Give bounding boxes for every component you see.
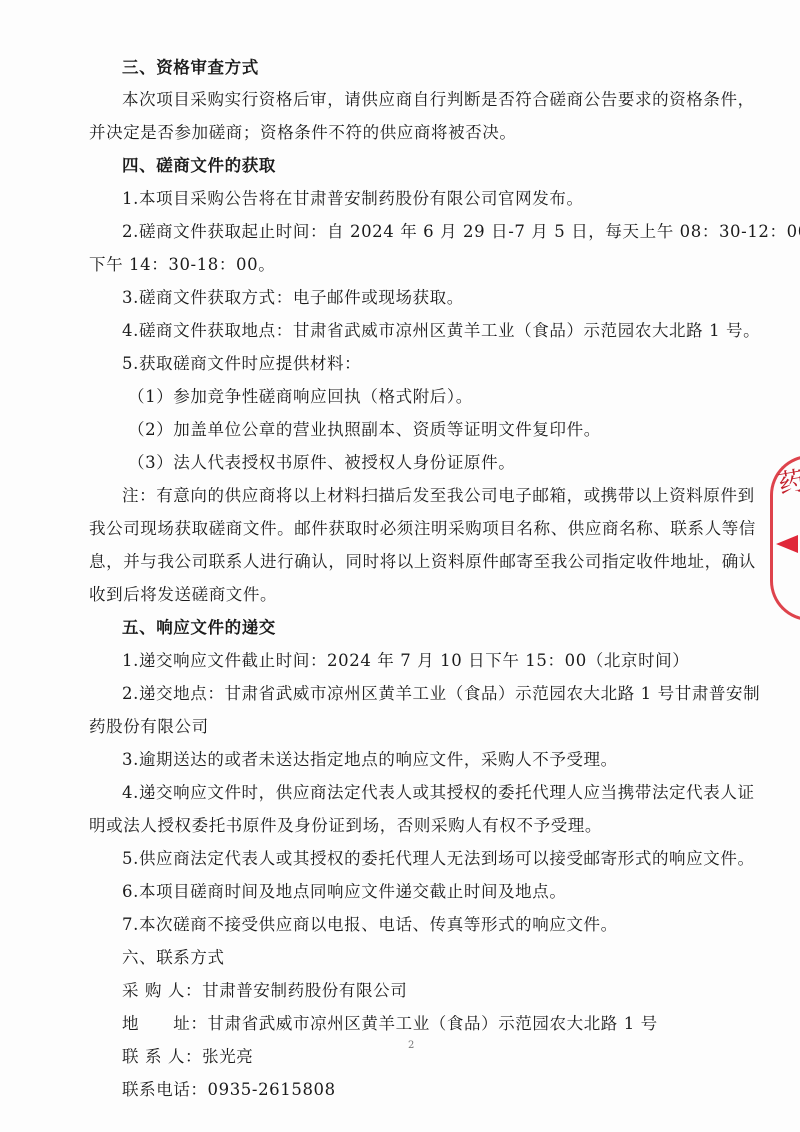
paragraph-line: 2.磋商文件获取起止时间：自 2024 年 6 月 29 日-7 月 5 日，每… bbox=[122, 221, 800, 243]
list-item: （2）加盖单位公章的营业执照副本、资质等证明文件复印件。 bbox=[128, 419, 601, 441]
section-heading-6: 六、联系方式 bbox=[122, 947, 225, 969]
paragraph-line: 3.磋商文件获取方式：电子邮件或现场获取。 bbox=[122, 287, 464, 309]
list-item: （3）法人代表授权书原件、被授权人身份证原件。 bbox=[128, 452, 515, 474]
contact-phone: 联系电话：0935-2615808 bbox=[122, 1079, 336, 1101]
paragraph-line: 3.逾期送达的或者未送达指定地点的响应文件，采购人不予受理。 bbox=[122, 749, 618, 771]
paragraph-line: 并决定是否参加磋商；资格条件不符的供应商将被否决。 bbox=[89, 122, 517, 144]
paragraph-line: 药股份有限公司 bbox=[89, 716, 209, 738]
paragraph-line: 息，并与我公司联系人进行确认，同时将以上资料原件邮寄至我公司指定收件地址，确认 bbox=[89, 551, 756, 573]
note-paragraph: 注：有意向的供应商将以上材料扫描后发至我公司电子邮箱，或携带以上资料原件到 bbox=[122, 485, 755, 507]
contact-address: 地 址：甘肃省武威市凉州区黄羊工业（食品）示范园农大北路 1 号 bbox=[122, 1013, 658, 1035]
paragraph-line: 明或法人授权委托书原件及身份证到场，否则采购人有权不予受理。 bbox=[89, 815, 602, 837]
paragraph-line: 4.磋商文件获取地点：甘肃省武威市凉州区黄羊工业（食品）示范园农大北路 1 号。 bbox=[122, 320, 760, 342]
section-heading-4: 四、磋商文件的获取 bbox=[122, 155, 276, 177]
section-heading-5: 五、响应文件的递交 bbox=[122, 617, 276, 639]
list-item: （1）参加竞争性磋商响应回执（格式附后）。 bbox=[128, 386, 473, 408]
paragraph-line: 2.递交地点：甘肃省武威市凉州区黄羊工业（食品）示范园农大北路 1 号甘肃普安制 bbox=[122, 683, 760, 705]
paragraph-line: 1.递交响应文件截止时间：2024 年 7 月 10 日下午 15：00（北京时… bbox=[122, 650, 689, 672]
section-heading-3: 三、资格审查方式 bbox=[122, 57, 259, 79]
contact-purchaser: 采 购 人：甘肃普安制药股份有限公司 bbox=[122, 980, 407, 1002]
page-number: 2 bbox=[408, 1040, 414, 1051]
seal-star-icon bbox=[776, 535, 798, 553]
paragraph-line: 收到后将发送磋商文件。 bbox=[89, 584, 277, 606]
paragraph-line: 7.本次磋商不接受供应商以电报、电话、传真等形式的响应文件。 bbox=[122, 914, 618, 936]
paragraph-line: 我公司现场获取磋商文件。邮件获取时必须注明采购项目名称、供应商名称、联系人等信 bbox=[89, 518, 756, 540]
paragraph-line: 5.供应商法定代表人或其授权的委托代理人无法到场可以接受邮寄形式的响应文件。 bbox=[122, 848, 755, 870]
paragraph-line: 6.本项目磋商时间及地点同响应文件递交截止时间及地点。 bbox=[122, 881, 566, 903]
paragraph-line: 1.本项目采购公告将在甘肃普安制药股份有限公司官网发布。 bbox=[122, 188, 584, 210]
paragraph-line: 本次项目采购实行资格后审，请供应商自行判断是否符合磋商公告要求的资格条件， bbox=[122, 89, 755, 111]
document-page: 三、资格审查方式 本次项目采购实行资格后审，请供应商自行判断是否符合磋商公告要求… bbox=[0, 0, 800, 1132]
paragraph-line: 5.获取磋商文件时应提供材料： bbox=[122, 353, 361, 375]
paragraph-line: 下午 14：30-18：00。 bbox=[89, 254, 275, 276]
contact-person: 联 系 人：张光亮 bbox=[122, 1046, 253, 1068]
paragraph-line: 4.递交响应文件时，供应商法定代表人或其授权的委托代理人应当携带法定代表人证 bbox=[122, 782, 755, 804]
